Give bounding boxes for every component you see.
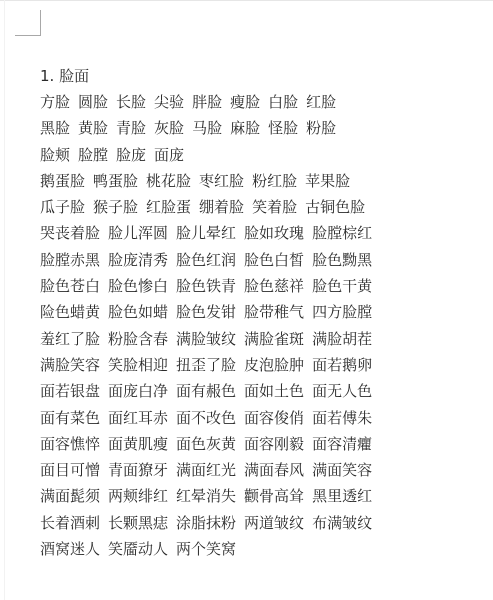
term-line: 面目可憎青面獠牙满面红光满面春风满面笑容: [40, 457, 480, 483]
term: 面红耳赤: [108, 405, 168, 431]
term: 面容俊俏: [244, 405, 304, 431]
term-line: 方脸圆脸长脸尖验胖脸瘦脸白脸红脸: [40, 89, 480, 115]
term: 粉脸: [306, 115, 336, 141]
term: 满面红光: [176, 457, 236, 483]
term: 红脸蛋: [146, 194, 191, 220]
term: 脸庞清秀: [108, 247, 168, 273]
term: 绷着脸: [199, 194, 244, 220]
term: 满面髭须: [40, 483, 100, 509]
term-line: 黑脸黄脸青脸灰脸马脸麻脸怪脸粉脸: [40, 115, 480, 141]
term-line: 脸色苍白脸色惨白脸色铁青脸色慈祥脸色干黄: [40, 273, 480, 299]
term: 颧骨高耸: [244, 483, 304, 509]
term: 脸色黝黑: [312, 247, 372, 273]
term: 脸儿晕红: [176, 220, 236, 246]
term: 面庞白净: [108, 378, 168, 404]
term: 粉红脸: [252, 168, 297, 194]
term: 笑脸相迎: [108, 352, 168, 378]
term: 脸庞: [116, 142, 146, 168]
term: 脸色发钳: [176, 299, 236, 325]
term: 黑脸: [40, 115, 70, 141]
term: 长颗黑痣: [108, 510, 168, 536]
term: 哭丧着脸: [40, 220, 100, 246]
term-line: 险色蜡黄脸色如蜡脸色发钳脸带稚气四方脸膛: [40, 299, 480, 325]
term: 脸颊: [40, 142, 70, 168]
term: 布满皱纹: [312, 510, 372, 536]
term: 面有菜色: [40, 405, 100, 431]
term: 面黄肌瘦: [108, 431, 168, 457]
term-list: 方脸圆脸长脸尖验胖脸瘦脸白脸红脸黑脸黄脸青脸灰脸马脸麻脸怪脸粉脸脸颊脸膛脸庞面庞…: [40, 89, 480, 562]
term: 酒窝迷人: [40, 536, 100, 562]
document-body: 1. 脸面 方脸圆脸长脸尖验胖脸瘦脸白脸红脸黑脸黄脸青脸灰脸马脸麻脸怪脸粉脸脸颊…: [40, 63, 480, 562]
term: 枣红脸: [199, 168, 244, 194]
term: 桃花脸: [146, 168, 191, 194]
term: 脸膛棕红: [312, 220, 372, 246]
term: 满面春风: [244, 457, 304, 483]
term-line: 脸膛赤黑脸庞清秀脸色红润脸色白皙脸色黝黑: [40, 247, 480, 273]
term: 满脸雀斑: [244, 326, 304, 352]
term: 麻脸: [230, 115, 260, 141]
term: 尖验: [154, 89, 184, 115]
term: 长脸: [116, 89, 146, 115]
term: 面若银盘: [40, 378, 100, 404]
term: 羞红了脸: [40, 326, 100, 352]
term: 猴子脸: [93, 194, 138, 220]
term: 两个笑窝: [176, 536, 236, 562]
term: 怪脸: [268, 115, 298, 141]
term-line: 面若银盘面庞白净面有赧色面如土色面无人色: [40, 378, 480, 404]
term: 面无人色: [312, 378, 372, 404]
page-top-border: [0, 0, 493, 1]
term: 鸭蛋脸: [93, 168, 138, 194]
term: 粉脸含春: [108, 326, 168, 352]
term-line: 酒窝迷人笑靥动人两个笑窝: [40, 536, 480, 562]
term: 白脸: [268, 89, 298, 115]
term: 面若傅朱: [312, 405, 372, 431]
term: 面色灰黄: [176, 431, 236, 457]
term-line: 羞红了脸粉脸含春满脸皱纹满脸雀斑满脸胡茬: [40, 326, 480, 352]
section-heading: 1. 脸面: [40, 63, 480, 89]
term-line: 瓜子脸猴子脸红脸蛋绷着脸笑着脸古铜色脸: [40, 194, 480, 220]
term: 满面笑容: [312, 457, 372, 483]
term: 青面獠牙: [108, 457, 168, 483]
term: 脸色慈祥: [244, 273, 304, 299]
term-line: 哭丧着脸脸儿浑圆脸儿晕红脸如玫瑰脸膛棕红: [40, 220, 480, 246]
term-line: 鹅蛋脸鸭蛋脸桃花脸枣红脸粉红脸苹果脸: [40, 168, 480, 194]
term: 面若鹅卵: [312, 352, 372, 378]
term-line: 满脸笑容笑脸相迎扭歪了脸皮泡脸肿面若鹅卵: [40, 352, 480, 378]
term: 苹果脸: [305, 168, 350, 194]
term-line: 面容憔悴面黄肌瘦面色灰黄面容刚毅面容清癯: [40, 431, 480, 457]
term: 扭歪了脸: [176, 352, 236, 378]
term: 瘦脸: [230, 89, 260, 115]
term: 圆脸: [78, 89, 108, 115]
term: 涂脂抹粉: [176, 510, 236, 536]
term-line: 满面髭须两颊绯红红晕消失颧骨高耸黑里透红: [40, 483, 480, 509]
term: 脸色白皙: [244, 247, 304, 273]
term: 面容憔悴: [40, 431, 100, 457]
term: 两道皱纹: [244, 510, 304, 536]
term: 满脸笑容: [40, 352, 100, 378]
term: 面容清癯: [312, 431, 372, 457]
term: 古铜色脸: [305, 194, 365, 220]
term: 脸儿浑圆: [108, 220, 168, 246]
term: 两颊绯红: [108, 483, 168, 509]
term: 面庞: [154, 142, 184, 168]
term: 脸色干黄: [312, 273, 372, 299]
term: 脸色如蜡: [108, 299, 168, 325]
term: 面有赧色: [176, 378, 236, 404]
term: 红晕消失: [176, 483, 236, 509]
term: 笑靥动人: [108, 536, 168, 562]
term: 脸色苍白: [40, 273, 100, 299]
term: 面容刚毅: [244, 431, 304, 457]
term: 面不改色: [176, 405, 236, 431]
term: 险色蜡黄: [40, 299, 100, 325]
term: 脸色惨白: [108, 273, 168, 299]
term-line: 长着酒刺长颗黑痣涂脂抹粉两道皱纹布满皱纹: [40, 510, 480, 536]
page-left-border: [4, 0, 5, 600]
page-corner-crop-mark: [15, 10, 41, 36]
term: 鹅蛋脸: [40, 168, 85, 194]
term-line: 面有菜色面红耳赤面不改色面容俊俏面若傅朱: [40, 405, 480, 431]
term: 方脸: [40, 89, 70, 115]
term: 脸带稚气: [244, 299, 304, 325]
term: 四方脸膛: [312, 299, 372, 325]
term: 皮泡脸肿: [244, 352, 304, 378]
term: 马脸: [192, 115, 222, 141]
term: 长着酒刺: [40, 510, 100, 536]
term: 瓜子脸: [40, 194, 85, 220]
term: 胖脸: [192, 89, 222, 115]
term: 青脸: [116, 115, 146, 141]
term: 笑着脸: [252, 194, 297, 220]
term: 脸色红润: [176, 247, 236, 273]
term: 面如土色: [244, 378, 304, 404]
term: 满脸皱纹: [176, 326, 236, 352]
term: 红脸: [306, 89, 336, 115]
term-line: 脸颊脸膛脸庞面庞: [40, 142, 480, 168]
term: 满脸胡茬: [312, 326, 372, 352]
term: 脸色铁青: [176, 273, 236, 299]
term: 脸如玫瑰: [244, 220, 304, 246]
term: 黑里透红: [312, 483, 372, 509]
term: 面目可憎: [40, 457, 100, 483]
term: 灰脸: [154, 115, 184, 141]
term: 脸膛: [78, 142, 108, 168]
term: 黄脸: [78, 115, 108, 141]
term: 脸膛赤黑: [40, 247, 100, 273]
